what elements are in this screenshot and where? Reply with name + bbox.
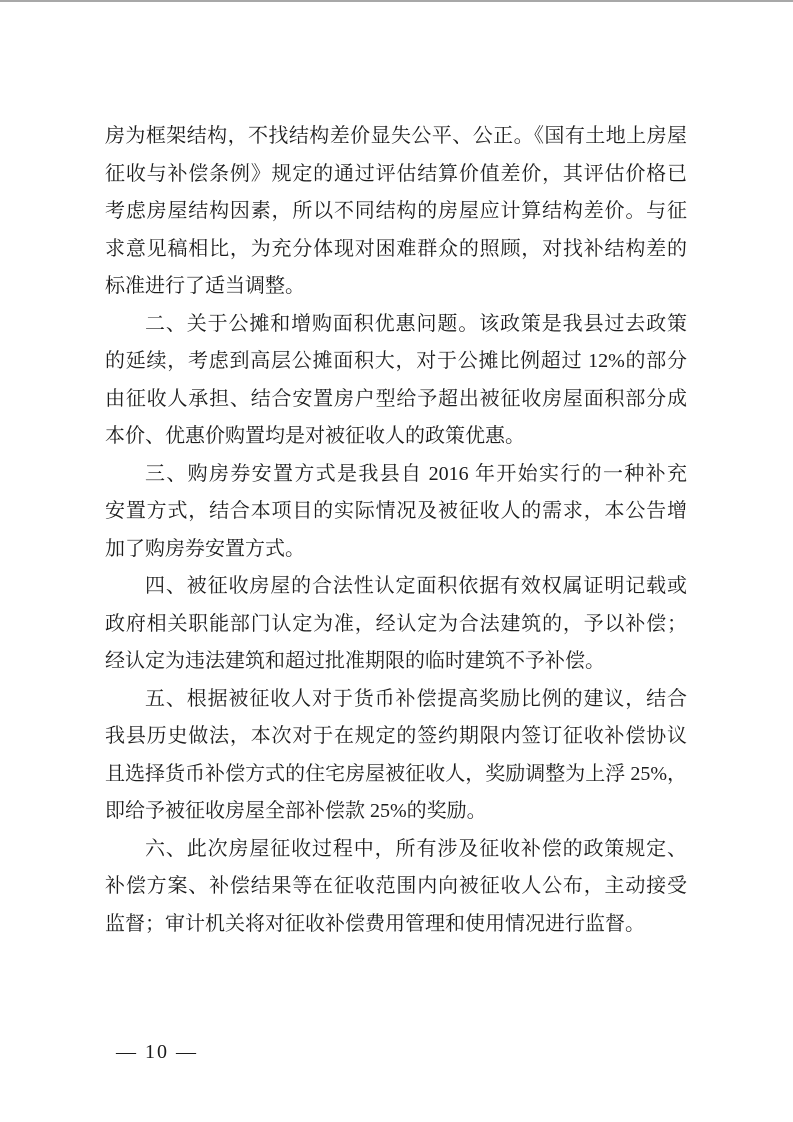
paragraph: 六、此次房屋征收过程中，所有涉及征收补偿的政策规定、补偿方案、补偿结果等在征收范… xyxy=(105,831,687,944)
text-line: 的延续，考虑到高层公摊面积大，对于公摊比例超过 12%的部分 xyxy=(105,343,687,381)
text-line: 五、根据被征收人对于货币补偿提高奖励比例的建议，结合 xyxy=(105,681,687,719)
text-line: 考虑房屋结构因素，所以不同结构的房屋应计算结构差价。与征 xyxy=(105,193,687,231)
text-line: 补偿方案、补偿结果等在征收范围内向被征收人公布，主动接受 xyxy=(105,868,687,906)
text-line: 二、关于公摊和增购面积优惠问题。该政策是我县过去政策 xyxy=(105,306,687,344)
text-line: 安置方式，结合本项目的实际情况及被征收人的需求，本公告增 xyxy=(105,493,687,531)
text-line: 标准进行了适当调整。 xyxy=(105,268,687,306)
text-line: 求意见稿相比，为充分体现对困难群众的照顾，对找补结构差的 xyxy=(105,231,687,269)
paragraph: 房为框架结构，不找结构差价显失公平、公正。《国有土地上房屋征收与补偿条例》规定的… xyxy=(105,118,687,306)
text-line: 征收与补偿条例》规定的通过评估结算价值差价，其评估价格已 xyxy=(105,156,687,194)
paragraph: 四、被征收房屋的合法性认定面积依据有效权属证明记载或政府相关职能部门认定为准，经… xyxy=(105,568,687,681)
text-line: 由征收人承担、结合安置房户型给予超出被征收房屋面积部分成 xyxy=(105,381,687,419)
top-edge-line xyxy=(0,0,793,2)
text-line: 六、此次房屋征收过程中，所有涉及征收补偿的政策规定、 xyxy=(105,831,687,869)
text-line: 政府相关职能部门认定为准，经认定为合法建筑的，予以补偿； xyxy=(105,606,687,644)
text-line: 房为框架结构，不找结构差价显失公平、公正。《国有土地上房屋 xyxy=(105,118,687,156)
document-body: 房为框架结构，不找结构差价显失公平、公正。《国有土地上房屋征收与补偿条例》规定的… xyxy=(105,118,687,943)
page-number: — 10 — xyxy=(116,1040,198,1064)
text-line: 监督；审计机关将对征收补偿费用管理和使用情况进行监督。 xyxy=(105,906,687,944)
text-line: 三、购房券安置方式是我县自 2016 年开始实行的一种补充 xyxy=(105,456,687,494)
text-line: 经认定为违法建筑和超过批准期限的临时建筑不予补偿。 xyxy=(105,643,687,681)
paragraph: 三、购房券安置方式是我县自 2016 年开始实行的一种补充安置方式，结合本项目的… xyxy=(105,456,687,569)
text-line: 我县历史做法，本次对于在规定的签约期限内签订征收补偿协议 xyxy=(105,718,687,756)
paragraph: 五、根据被征收人对于货币补偿提高奖励比例的建议，结合我县历史做法，本次对于在规定… xyxy=(105,681,687,831)
paragraph: 二、关于公摊和增购面积优惠问题。该政策是我县过去政策的延续，考虑到高层公摊面积大… xyxy=(105,306,687,456)
text-line: 且选择货币补偿方式的住宅房屋被征收人，奖励调整为上浮 25%， xyxy=(105,756,687,794)
text-line: 加了购房券安置方式。 xyxy=(105,531,687,569)
document-page: 房为框架结构，不找结构差价显失公平、公正。《国有土地上房屋征收与补偿条例》规定的… xyxy=(0,0,793,1122)
text-line: 即给予被征收房屋全部补偿款 25%的奖励。 xyxy=(105,793,687,831)
text-line: 本价、优惠价购置均是对被征收人的政策优惠。 xyxy=(105,418,687,456)
text-line: 四、被征收房屋的合法性认定面积依据有效权属证明记载或 xyxy=(105,568,687,606)
